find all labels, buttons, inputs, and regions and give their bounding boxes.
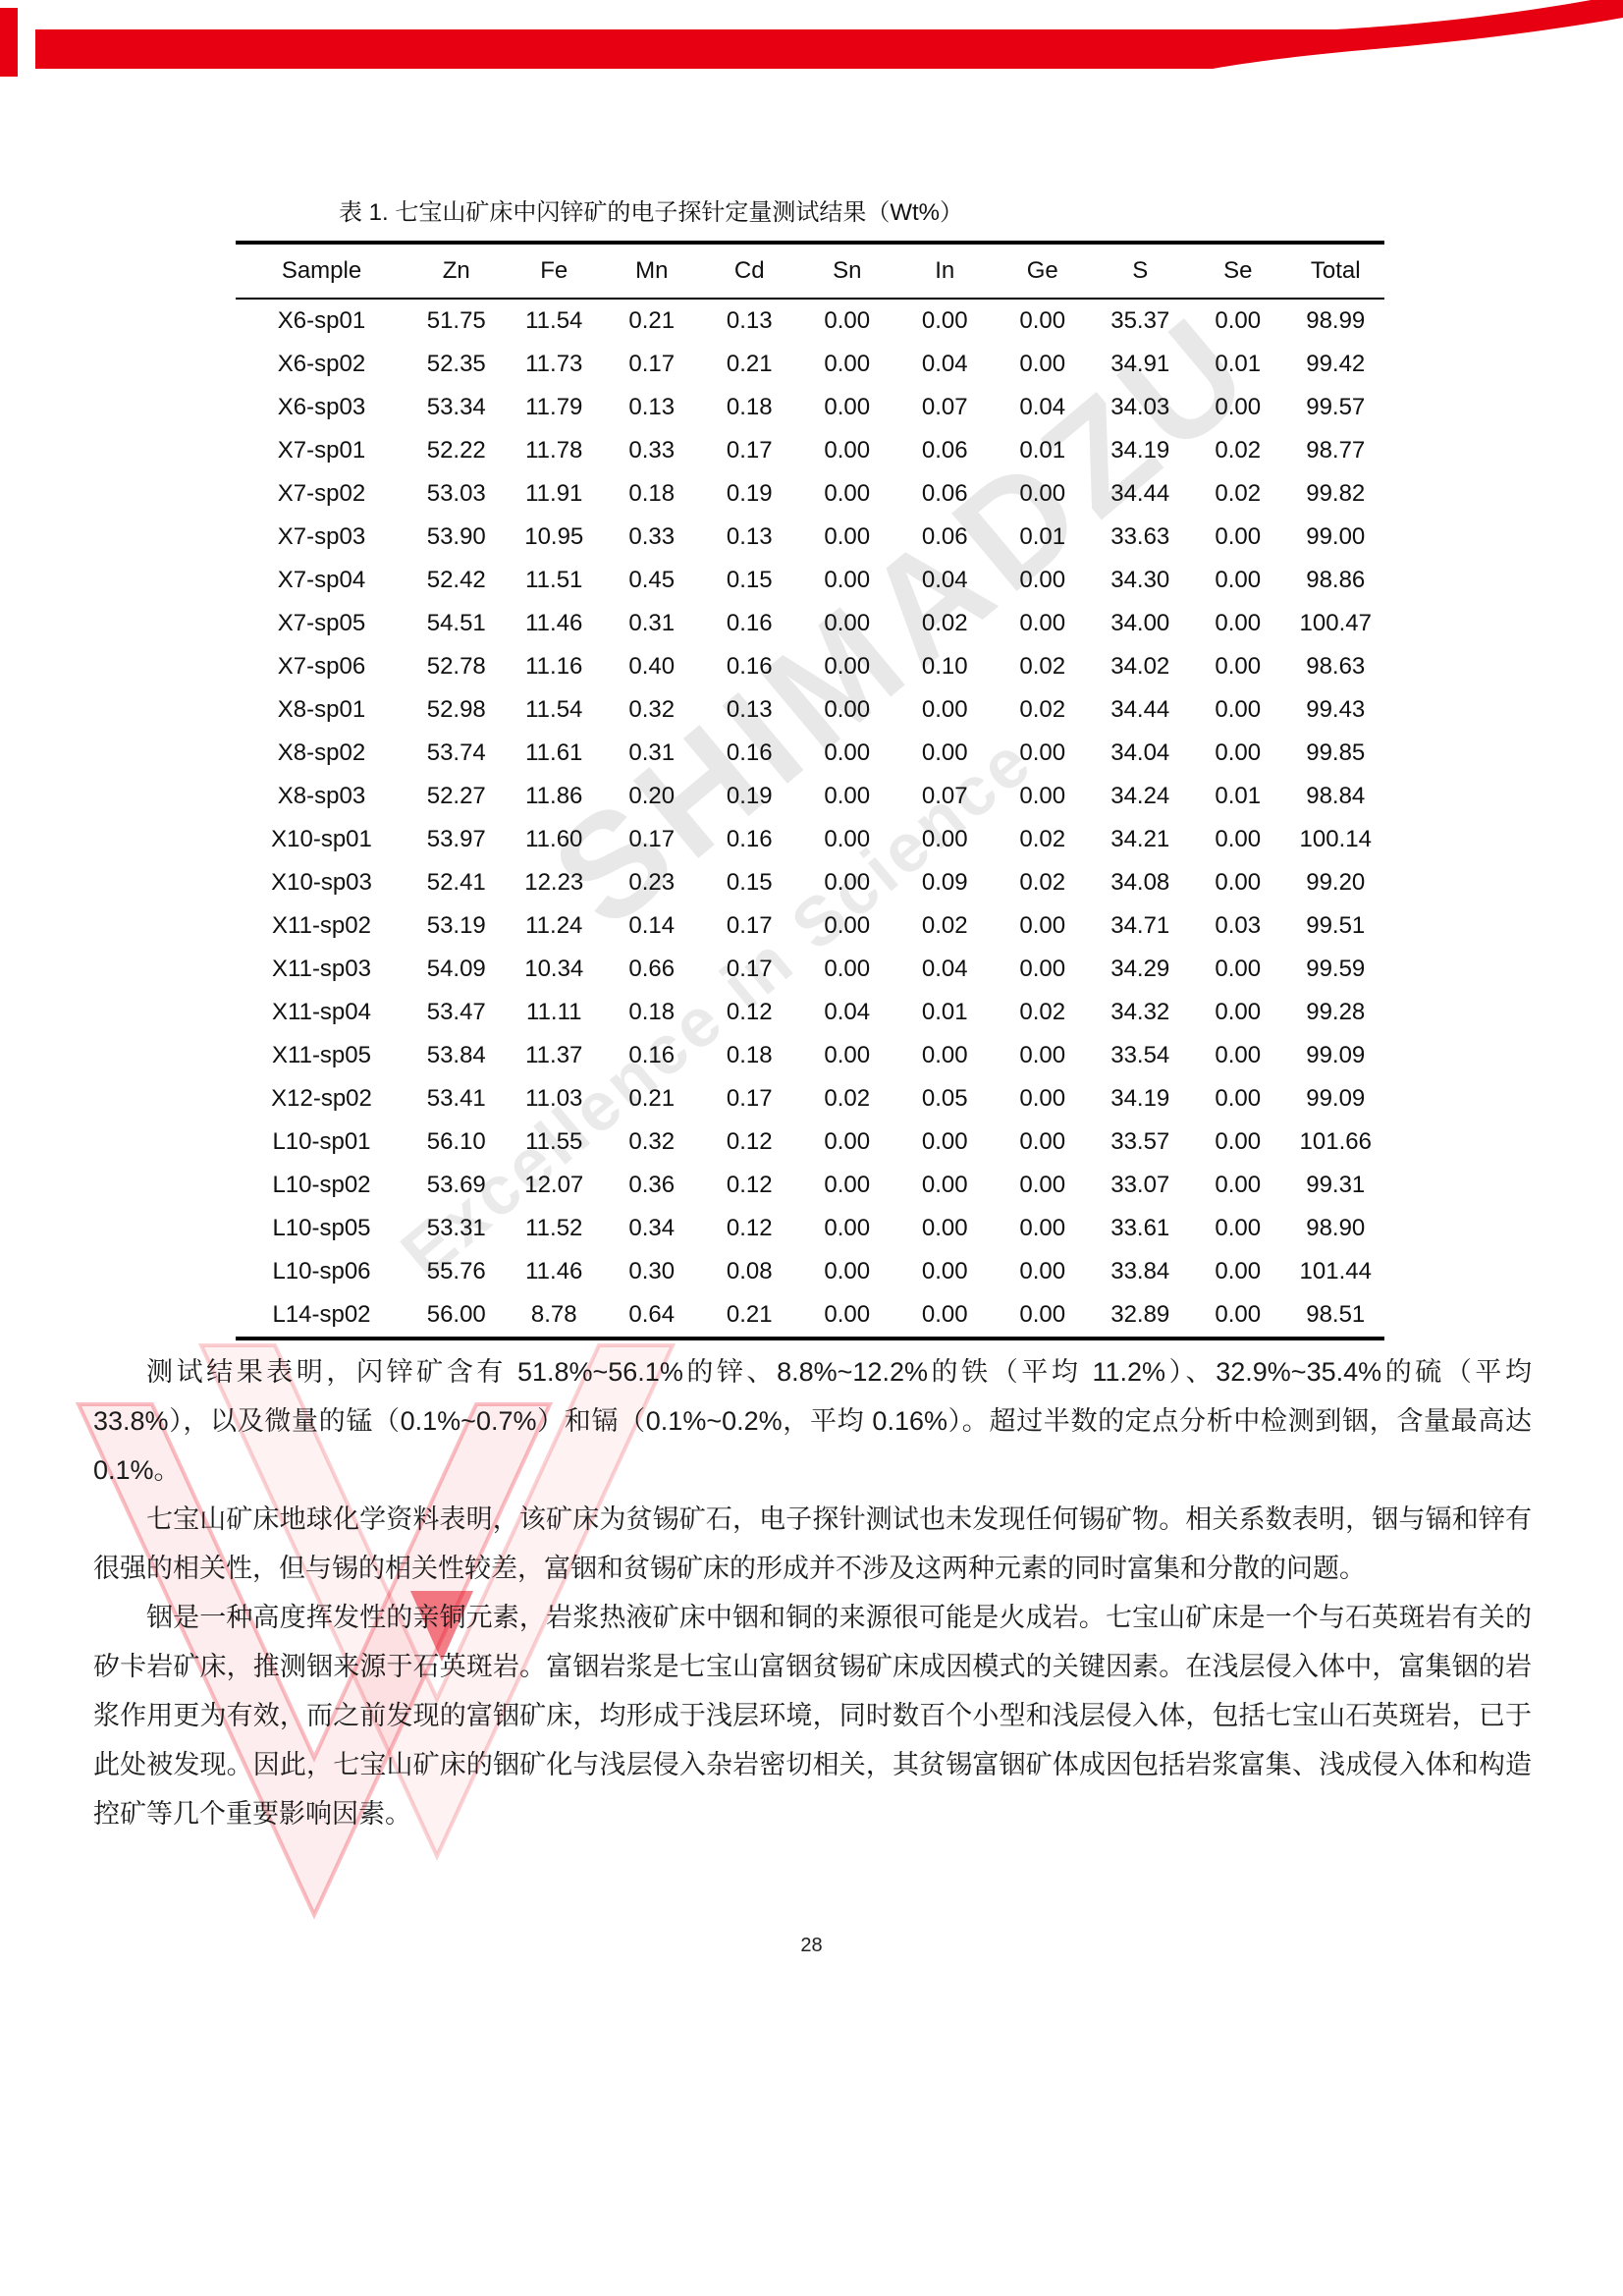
value-cell: 0.18 xyxy=(701,1034,799,1077)
value-cell: 34.24 xyxy=(1092,775,1190,818)
value-cell: 11.78 xyxy=(506,429,604,472)
value-cell: 0.12 xyxy=(701,1207,799,1250)
value-cell: 0.18 xyxy=(701,386,799,429)
page-content: 表 1. 七宝山矿床中闪锌矿的电子探针定量测试结果（Wt%） SampleZnF… xyxy=(0,0,1623,2296)
value-cell: 0.02 xyxy=(994,818,1092,861)
value-cell: 12.23 xyxy=(506,861,604,904)
sample-id-cell: X7-sp02 xyxy=(236,472,407,516)
sample-id-cell: X8-sp01 xyxy=(236,688,407,732)
value-cell: 11.60 xyxy=(506,818,604,861)
value-cell: 0.04 xyxy=(798,991,896,1034)
sample-id-cell: X6-sp03 xyxy=(236,386,407,429)
value-cell: 0.05 xyxy=(896,1077,995,1121)
value-cell: 0.00 xyxy=(994,559,1092,602)
value-cell: 0.00 xyxy=(798,1164,896,1207)
sample-id-cell: X8-sp02 xyxy=(236,732,407,775)
value-cell: 0.08 xyxy=(701,1250,799,1293)
value-cell: 0.00 xyxy=(1189,688,1287,732)
column-header: S xyxy=(1092,243,1190,299)
value-cell: 101.66 xyxy=(1287,1121,1385,1164)
sample-id-cell: X11-sp02 xyxy=(236,904,407,948)
value-cell: 11.11 xyxy=(506,991,604,1034)
value-cell: 34.03 xyxy=(1092,386,1190,429)
column-header: Total xyxy=(1287,243,1385,299)
value-cell: 0.01 xyxy=(994,429,1092,472)
table-row: X8-sp0152.9811.540.320.130.000.000.0234.… xyxy=(236,688,1384,732)
column-header: Fe xyxy=(506,243,604,299)
value-cell: 0.03 xyxy=(1189,904,1287,948)
sample-id-cell: X7-sp06 xyxy=(236,645,407,688)
value-cell: 100.47 xyxy=(1287,602,1385,645)
value-cell: 0.00 xyxy=(896,299,995,343)
value-cell: 98.63 xyxy=(1287,645,1385,688)
value-cell: 52.22 xyxy=(407,429,506,472)
body-text: 测试结果表明，闪锌矿含有 51.8%~56.1%的锌、8.8%~12.2%的铁（… xyxy=(93,1347,1532,1838)
value-cell: 0.23 xyxy=(603,861,701,904)
value-cell: 0.21 xyxy=(603,299,701,343)
value-cell: 33.61 xyxy=(1092,1207,1190,1250)
value-cell: 33.07 xyxy=(1092,1164,1190,1207)
value-cell: 11.46 xyxy=(506,1250,604,1293)
value-cell: 11.03 xyxy=(506,1077,604,1121)
value-cell: 34.04 xyxy=(1092,732,1190,775)
value-cell: 0.00 xyxy=(994,1164,1092,1207)
value-cell: 0.64 xyxy=(603,1293,701,1339)
value-cell: 0.00 xyxy=(994,1034,1092,1077)
table-row: L10-sp0655.7611.460.300.080.000.000.0033… xyxy=(236,1250,1384,1293)
column-header: Zn xyxy=(407,243,506,299)
value-cell: 0.31 xyxy=(603,732,701,775)
table-row: X6-sp0151.7511.540.210.130.000.000.0035.… xyxy=(236,299,1384,343)
sample-id-cell: X12-sp02 xyxy=(236,1077,407,1121)
value-cell: 0.00 xyxy=(798,472,896,516)
value-cell: 0.00 xyxy=(798,299,896,343)
value-cell: 99.00 xyxy=(1287,516,1385,559)
table-row: X10-sp0352.4112.230.230.150.000.090.0234… xyxy=(236,861,1384,904)
table-row: X6-sp0252.3511.730.170.210.000.040.0034.… xyxy=(236,343,1384,386)
sample-id-cell: X11-sp03 xyxy=(236,948,407,991)
value-cell: 0.13 xyxy=(603,386,701,429)
value-cell: 0.00 xyxy=(1189,1207,1287,1250)
column-header: Mn xyxy=(603,243,701,299)
value-cell: 0.00 xyxy=(798,1034,896,1077)
value-cell: 0.32 xyxy=(603,688,701,732)
value-cell: 11.16 xyxy=(506,645,604,688)
value-cell: 0.20 xyxy=(603,775,701,818)
value-cell: 0.16 xyxy=(701,732,799,775)
table-row: X10-sp0153.9711.600.170.160.000.000.0234… xyxy=(236,818,1384,861)
column-header: Se xyxy=(1189,243,1287,299)
table-row: X8-sp0253.7411.610.310.160.000.000.0034.… xyxy=(236,732,1384,775)
value-cell: 0.21 xyxy=(701,343,799,386)
value-cell: 0.02 xyxy=(994,645,1092,688)
red-band-swoosh-icon xyxy=(35,0,1623,69)
value-cell: 34.71 xyxy=(1092,904,1190,948)
value-cell: 11.24 xyxy=(506,904,604,948)
value-cell: 0.00 xyxy=(798,775,896,818)
value-cell: 0.06 xyxy=(896,516,995,559)
value-cell: 34.32 xyxy=(1092,991,1190,1034)
value-cell: 0.04 xyxy=(994,386,1092,429)
value-cell: 35.37 xyxy=(1092,299,1190,343)
table-row: X7-sp0353.9010.950.330.130.000.060.0133.… xyxy=(236,516,1384,559)
value-cell: 0.00 xyxy=(1189,386,1287,429)
value-cell: 52.35 xyxy=(407,343,506,386)
value-cell: 52.27 xyxy=(407,775,506,818)
value-cell: 0.00 xyxy=(1189,645,1287,688)
value-cell: 99.09 xyxy=(1287,1077,1385,1121)
value-cell: 0.02 xyxy=(798,1077,896,1121)
value-cell: 98.86 xyxy=(1287,559,1385,602)
value-cell: 0.00 xyxy=(798,861,896,904)
value-cell: 0.00 xyxy=(994,948,1092,991)
value-cell: 53.31 xyxy=(407,1207,506,1250)
value-cell: 0.00 xyxy=(896,1164,995,1207)
value-cell: 99.51 xyxy=(1287,904,1385,948)
table-row: X7-sp0253.0311.910.180.190.000.060.0034.… xyxy=(236,472,1384,516)
value-cell: 11.86 xyxy=(506,775,604,818)
value-cell: 0.02 xyxy=(1189,429,1287,472)
value-cell: 51.75 xyxy=(407,299,506,343)
value-cell: 0.02 xyxy=(896,904,995,948)
value-cell: 0.02 xyxy=(1189,472,1287,516)
sample-id-cell: L14-sp02 xyxy=(236,1293,407,1339)
value-cell: 0.00 xyxy=(896,688,995,732)
value-cell: 0.00 xyxy=(896,1293,995,1339)
value-cell: 11.46 xyxy=(506,602,604,645)
value-cell: 0.00 xyxy=(994,1077,1092,1121)
value-cell: 53.34 xyxy=(407,386,506,429)
value-cell: 99.31 xyxy=(1287,1164,1385,1207)
value-cell: 0.17 xyxy=(603,343,701,386)
sample-id-cell: L10-sp05 xyxy=(236,1207,407,1250)
value-cell: 0.00 xyxy=(798,818,896,861)
value-cell: 99.20 xyxy=(1287,861,1385,904)
value-cell: 53.19 xyxy=(407,904,506,948)
value-cell: 33.54 xyxy=(1092,1034,1190,1077)
value-cell: 0.31 xyxy=(603,602,701,645)
value-cell: 0.00 xyxy=(896,1121,995,1164)
value-cell: 54.09 xyxy=(407,948,506,991)
value-cell: 34.29 xyxy=(1092,948,1190,991)
value-cell: 0.00 xyxy=(1189,516,1287,559)
value-cell: 98.90 xyxy=(1287,1207,1385,1250)
value-cell: 0.01 xyxy=(994,516,1092,559)
value-cell: 54.51 xyxy=(407,602,506,645)
value-cell: 0.00 xyxy=(994,775,1092,818)
table-row: L10-sp0553.3111.520.340.120.000.000.0033… xyxy=(236,1207,1384,1250)
value-cell: 11.55 xyxy=(506,1121,604,1164)
value-cell: 0.00 xyxy=(798,386,896,429)
sample-id-cell: L10-sp06 xyxy=(236,1250,407,1293)
value-cell: 10.95 xyxy=(506,516,604,559)
value-cell: 53.03 xyxy=(407,472,506,516)
column-header: Sample xyxy=(236,243,407,299)
sample-id-cell: X10-sp03 xyxy=(236,861,407,904)
value-cell: 53.41 xyxy=(407,1077,506,1121)
value-cell: 0.00 xyxy=(1189,732,1287,775)
value-cell: 0.00 xyxy=(1189,1121,1287,1164)
value-cell: 11.79 xyxy=(506,386,604,429)
value-cell: 0.00 xyxy=(896,818,995,861)
value-cell: 52.41 xyxy=(407,861,506,904)
value-cell: 0.00 xyxy=(896,732,995,775)
value-cell: 0.00 xyxy=(798,516,896,559)
value-cell: 0.00 xyxy=(994,1293,1092,1339)
table-row: X7-sp0554.5111.460.310.160.000.020.0034.… xyxy=(236,602,1384,645)
value-cell: 99.09 xyxy=(1287,1034,1385,1077)
sample-id-cell: L10-sp02 xyxy=(236,1164,407,1207)
value-cell: 0.21 xyxy=(603,1077,701,1121)
sample-id-cell: X10-sp01 xyxy=(236,818,407,861)
value-cell: 0.17 xyxy=(603,818,701,861)
value-cell: 34.44 xyxy=(1092,472,1190,516)
value-cell: 0.32 xyxy=(603,1121,701,1164)
table-row: L10-sp0253.6912.070.360.120.000.000.0033… xyxy=(236,1164,1384,1207)
value-cell: 0.12 xyxy=(701,1164,799,1207)
value-cell: 0.33 xyxy=(603,516,701,559)
value-cell: 0.17 xyxy=(701,1077,799,1121)
value-cell: 11.52 xyxy=(506,1207,604,1250)
value-cell: 0.17 xyxy=(701,904,799,948)
value-cell: 0.00 xyxy=(994,299,1092,343)
sample-id-cell: X7-sp01 xyxy=(236,429,407,472)
value-cell: 0.00 xyxy=(1189,1164,1287,1207)
value-cell: 11.73 xyxy=(506,343,604,386)
sample-id-cell: X11-sp05 xyxy=(236,1034,407,1077)
value-cell: 0.01 xyxy=(1189,343,1287,386)
left-red-bar-icon xyxy=(0,8,18,77)
value-cell: 53.47 xyxy=(407,991,506,1034)
value-cell: 33.63 xyxy=(1092,516,1190,559)
value-cell: 52.42 xyxy=(407,559,506,602)
value-cell: 0.12 xyxy=(701,991,799,1034)
value-cell: 0.00 xyxy=(994,343,1092,386)
value-cell: 0.00 xyxy=(994,904,1092,948)
value-cell: 0.00 xyxy=(1189,602,1287,645)
table-row: L14-sp0256.008.780.640.210.000.000.0032.… xyxy=(236,1293,1384,1339)
value-cell: 0.00 xyxy=(1189,1034,1287,1077)
value-cell: 53.69 xyxy=(407,1164,506,1207)
value-cell: 0.00 xyxy=(994,1207,1092,1250)
value-cell: 53.97 xyxy=(407,818,506,861)
value-cell: 55.76 xyxy=(407,1250,506,1293)
value-cell: 0.34 xyxy=(603,1207,701,1250)
value-cell: 0.40 xyxy=(603,645,701,688)
value-cell: 0.17 xyxy=(701,429,799,472)
value-cell: 0.04 xyxy=(896,343,995,386)
value-cell: 99.59 xyxy=(1287,948,1385,991)
value-cell: 0.00 xyxy=(994,1250,1092,1293)
value-cell: 34.91 xyxy=(1092,343,1190,386)
table-row: X11-sp0453.4711.110.180.120.040.010.0234… xyxy=(236,991,1384,1034)
value-cell: 11.54 xyxy=(506,299,604,343)
sample-id-cell: X7-sp03 xyxy=(236,516,407,559)
value-cell: 0.00 xyxy=(798,732,896,775)
value-cell: 56.10 xyxy=(407,1121,506,1164)
table-title: 表 1. 七宝山矿床中闪锌矿的电子探针定量测试结果（Wt%） xyxy=(339,192,963,227)
paragraph-geochemistry: 七宝山矿床地球化学资料表明，该矿床为贫锡矿石，电子探针测试也未发现任何锡矿物。相… xyxy=(93,1495,1532,1593)
sample-id-cell: X7-sp04 xyxy=(236,559,407,602)
value-cell: 0.33 xyxy=(603,429,701,472)
value-cell: 11.61 xyxy=(506,732,604,775)
value-cell: 0.10 xyxy=(896,645,995,688)
sample-id-cell: L10-sp01 xyxy=(236,1121,407,1164)
paragraph-genesis: 铟是一种高度挥发性的亲铜元素，岩浆热液矿床中铟和铜的来源很可能是火成岩。七宝山矿… xyxy=(93,1593,1532,1838)
value-cell: 34.00 xyxy=(1092,602,1190,645)
value-cell: 0.00 xyxy=(994,602,1092,645)
value-cell: 0.04 xyxy=(896,948,995,991)
value-cell: 0.00 xyxy=(798,559,896,602)
value-cell: 0.00 xyxy=(1189,299,1287,343)
header-banner xyxy=(0,0,1623,118)
value-cell: 0.18 xyxy=(603,991,701,1034)
sample-id-cell: X6-sp01 xyxy=(236,299,407,343)
table-row: X7-sp0452.4211.510.450.150.000.040.0034.… xyxy=(236,559,1384,602)
column-header: Ge xyxy=(994,243,1092,299)
value-cell: 0.16 xyxy=(701,818,799,861)
value-cell: 0.19 xyxy=(701,472,799,516)
value-cell: 99.42 xyxy=(1287,343,1385,386)
table-row: X7-sp0152.2211.780.330.170.000.060.0134.… xyxy=(236,429,1384,472)
value-cell: 99.57 xyxy=(1287,386,1385,429)
value-cell: 99.28 xyxy=(1287,991,1385,1034)
value-cell: 52.98 xyxy=(407,688,506,732)
value-cell: 53.74 xyxy=(407,732,506,775)
value-cell: 11.54 xyxy=(506,688,604,732)
value-cell: 0.00 xyxy=(994,1121,1092,1164)
table-header-row: SampleZnFeMnCdSnInGeSSeTotal xyxy=(236,243,1384,299)
value-cell: 0.16 xyxy=(603,1034,701,1077)
value-cell: 0.02 xyxy=(896,602,995,645)
value-cell: 53.84 xyxy=(407,1034,506,1077)
value-cell: 0.14 xyxy=(603,904,701,948)
table-row: X12-sp0253.4111.030.210.170.020.050.0034… xyxy=(236,1077,1384,1121)
table-row: X7-sp0652.7811.160.400.160.000.100.0234.… xyxy=(236,645,1384,688)
value-cell: 0.00 xyxy=(798,645,896,688)
value-cell: 100.14 xyxy=(1287,818,1385,861)
value-cell: 34.19 xyxy=(1092,429,1190,472)
value-cell: 0.00 xyxy=(1189,1293,1287,1339)
value-cell: 0.00 xyxy=(798,602,896,645)
value-cell: 98.84 xyxy=(1287,775,1385,818)
value-cell: 0.00 xyxy=(896,1034,995,1077)
value-cell: 0.00 xyxy=(1189,991,1287,1034)
value-cell: 0.06 xyxy=(896,429,995,472)
column-header: Cd xyxy=(701,243,799,299)
value-cell: 98.51 xyxy=(1287,1293,1385,1339)
value-cell: 0.16 xyxy=(701,602,799,645)
value-cell: 0.02 xyxy=(994,688,1092,732)
value-cell: 34.44 xyxy=(1092,688,1190,732)
value-cell: 98.99 xyxy=(1287,299,1385,343)
document-page: SHIMADZU Excellence in Science 表 1. 七宝山矿… xyxy=(0,0,1623,2296)
sample-id-cell: X11-sp04 xyxy=(236,991,407,1034)
value-cell: 0.15 xyxy=(701,861,799,904)
value-cell: 99.82 xyxy=(1287,472,1385,516)
value-cell: 0.30 xyxy=(603,1250,701,1293)
value-cell: 0.00 xyxy=(798,1121,896,1164)
sample-id-cell: X7-sp05 xyxy=(236,602,407,645)
value-cell: 32.89 xyxy=(1092,1293,1190,1339)
value-cell: 0.01 xyxy=(1189,775,1287,818)
value-cell: 11.91 xyxy=(506,472,604,516)
value-cell: 0.12 xyxy=(701,1121,799,1164)
value-cell: 0.00 xyxy=(798,1293,896,1339)
column-header: Sn xyxy=(798,243,896,299)
column-header: In xyxy=(896,243,995,299)
value-cell: 0.00 xyxy=(1189,818,1287,861)
table-row: X11-sp0253.1911.240.140.170.000.020.0034… xyxy=(236,904,1384,948)
value-cell: 0.07 xyxy=(896,775,995,818)
epma-results-table: SampleZnFeMnCdSnInGeSSeTotal X6-sp0151.7… xyxy=(236,241,1384,1340)
value-cell: 11.51 xyxy=(506,559,604,602)
value-cell: 11.37 xyxy=(506,1034,604,1077)
value-cell: 0.00 xyxy=(798,1250,896,1293)
page-number: 28 xyxy=(0,1935,1623,1957)
value-cell: 34.02 xyxy=(1092,645,1190,688)
value-cell: 10.34 xyxy=(506,948,604,991)
value-cell: 0.00 xyxy=(798,904,896,948)
value-cell: 0.02 xyxy=(994,991,1092,1034)
value-cell: 0.00 xyxy=(798,429,896,472)
value-cell: 0.00 xyxy=(798,343,896,386)
value-cell: 0.45 xyxy=(603,559,701,602)
value-cell: 0.13 xyxy=(701,299,799,343)
value-cell: 56.00 xyxy=(407,1293,506,1339)
value-cell: 34.19 xyxy=(1092,1077,1190,1121)
value-cell: 0.00 xyxy=(1189,1250,1287,1293)
value-cell: 0.00 xyxy=(896,1207,995,1250)
value-cell: 33.84 xyxy=(1092,1250,1190,1293)
table-row: X8-sp0352.2711.860.200.190.000.070.0034.… xyxy=(236,775,1384,818)
value-cell: 0.36 xyxy=(603,1164,701,1207)
sample-id-cell: X6-sp02 xyxy=(236,343,407,386)
value-cell: 0.00 xyxy=(896,1250,995,1293)
value-cell: 0.00 xyxy=(798,948,896,991)
value-cell: 0.21 xyxy=(701,1293,799,1339)
value-cell: 0.02 xyxy=(994,861,1092,904)
table-body: X6-sp0151.7511.540.210.130.000.000.0035.… xyxy=(236,299,1384,1339)
value-cell: 0.04 xyxy=(896,559,995,602)
value-cell: 0.00 xyxy=(798,1207,896,1250)
value-cell: 0.09 xyxy=(896,861,995,904)
value-cell: 0.13 xyxy=(701,516,799,559)
value-cell: 0.66 xyxy=(603,948,701,991)
value-cell: 52.78 xyxy=(407,645,506,688)
value-cell: 34.08 xyxy=(1092,861,1190,904)
value-cell: 98.77 xyxy=(1287,429,1385,472)
sample-id-cell: X8-sp03 xyxy=(236,775,407,818)
value-cell: 8.78 xyxy=(506,1293,604,1339)
value-cell: 34.30 xyxy=(1092,559,1190,602)
value-cell: 33.57 xyxy=(1092,1121,1190,1164)
value-cell: 0.00 xyxy=(1189,559,1287,602)
value-cell: 101.44 xyxy=(1287,1250,1385,1293)
table-row: L10-sp0156.1011.550.320.120.000.000.0033… xyxy=(236,1121,1384,1164)
table-row: X11-sp0354.0910.340.660.170.000.040.0034… xyxy=(236,948,1384,991)
table-row: X11-sp0553.8411.370.160.180.000.000.0033… xyxy=(236,1034,1384,1077)
value-cell: 0.13 xyxy=(701,688,799,732)
value-cell: 53.90 xyxy=(407,516,506,559)
value-cell: 0.00 xyxy=(994,732,1092,775)
value-cell: 99.43 xyxy=(1287,688,1385,732)
value-cell: 0.06 xyxy=(896,472,995,516)
value-cell: 0.00 xyxy=(798,688,896,732)
value-cell: 0.17 xyxy=(701,948,799,991)
value-cell: 0.18 xyxy=(603,472,701,516)
value-cell: 0.00 xyxy=(994,472,1092,516)
